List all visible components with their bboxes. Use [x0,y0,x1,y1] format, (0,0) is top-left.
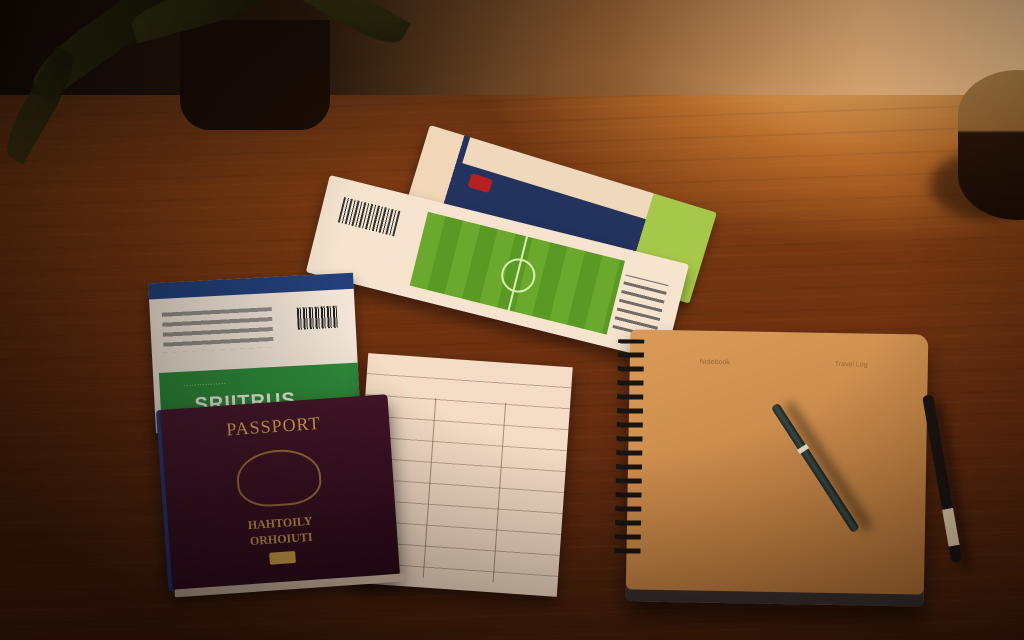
lamp-base [958,70,1024,220]
form-column-line [493,403,507,583]
passport-title: PASSPORT [157,408,390,445]
spiral-notebook: Notebook Travel Log [626,329,929,606]
ticket-logo [468,173,493,193]
barcode-icon [297,306,338,330]
barcode-icon [337,197,401,237]
form-column-line [423,398,437,578]
plant-pot [180,20,330,130]
biometric-chip-icon [269,551,296,565]
notebook-label-left: Notebook [700,359,730,367]
desk-scene: ················ SRIITRUS PASSPORT HAHTO… [0,0,1024,640]
pen-band [797,444,809,454]
notebook-label-right: Travel Log [835,361,868,369]
passport: PASSPORT HAHTOILY ORHOIUTI [156,394,400,592]
potted-plant [0,0,420,180]
pitch-center-circle [498,255,539,296]
ticket-text-lines [162,307,274,353]
spiral-binding [614,339,644,559]
coat-of-arms-icon [235,447,323,509]
